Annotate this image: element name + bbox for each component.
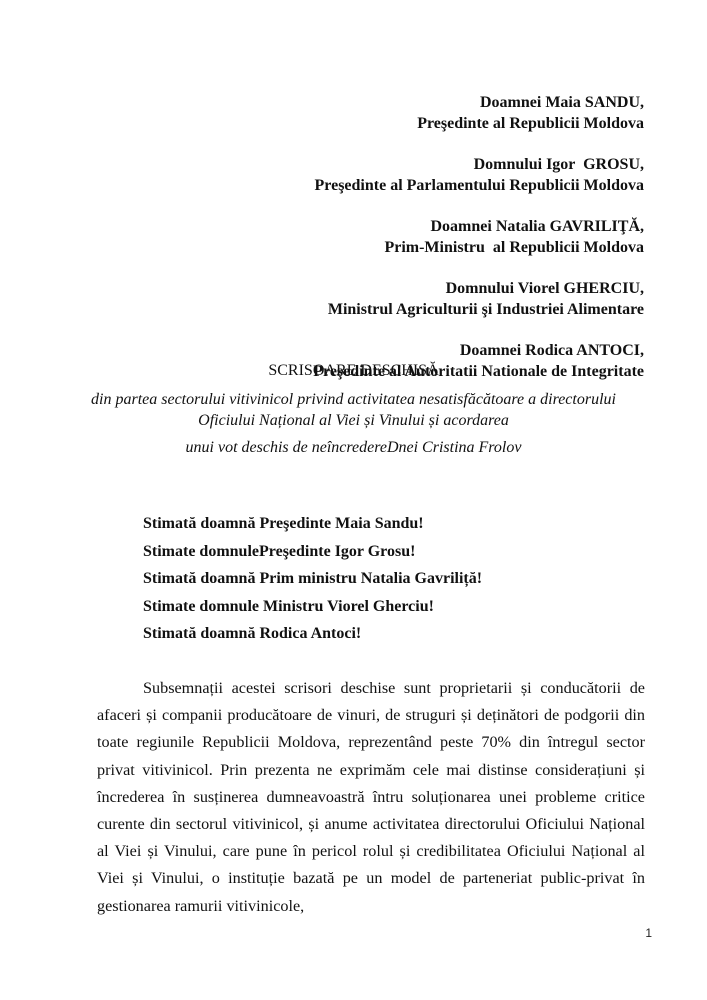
addressee-name: Domnului Igor GROSU, (313, 154, 644, 175)
page-number: 1 (645, 926, 652, 940)
addressee-title: Prim-Ministru al Republicii Moldova (313, 237, 644, 258)
addressee-minister: Domnului Viorel GHERCIU, Ministrul Agric… (313, 278, 644, 320)
addressee-name: Domnului Viorel GHERCIU, (313, 278, 644, 299)
document-subtitle: din partea sectorului vitivinicol privin… (0, 389, 707, 458)
salutation: Stimată doamnă Preşedinte Maia Sandu! (143, 510, 482, 538)
document-page: Doamnei Maia SANDU, Preşedinte al Republ… (0, 0, 707, 1000)
addressee-title: Preşedinte al Parlamentului Republicii M… (313, 175, 644, 196)
document-title: SCRISOARE DESCHISĂ (0, 362, 707, 380)
salutation: Stimată doamnă Prim ministru Natalia Gav… (143, 565, 482, 593)
subtitle-line: Oficiului Național al Viei și Vinului și… (0, 410, 707, 431)
salutation: Stimate domnule Ministru Viorel Gherciu! (143, 593, 482, 621)
letter-body: Subsemnații acestei scrisori deschise su… (97, 675, 645, 920)
body-paragraph: Subsemnații acestei scrisori deschise su… (97, 675, 645, 920)
salutation: Stimate domnulePreşedinte Igor Grosu! (143, 538, 482, 566)
addressee-president: Doamnei Maia SANDU, Preşedinte al Republ… (313, 92, 644, 134)
subtitle-line: unui vot deschis de neîncredereDnei Cris… (0, 437, 707, 458)
addressee-name: Doamnei Maia SANDU, (313, 92, 644, 113)
salutation: Stimată doamnă Rodica Antoci! (143, 620, 482, 648)
addressee-parliament-president: Domnului Igor GROSU, Preşedinte al Parla… (313, 154, 644, 196)
salutations-block: Stimată doamnă Preşedinte Maia Sandu! St… (143, 510, 482, 648)
addressee-title: Preşedinte al Republicii Moldova (313, 113, 644, 134)
addressee-name: Doamnei Rodica ANTOCI, (313, 340, 644, 361)
addressee-name: Doamnei Natalia GAVRILIŢĂ, (313, 216, 644, 237)
addressee-prime-minister: Doamnei Natalia GAVRILIŢĂ, Prim-Ministru… (313, 216, 644, 258)
addressee-block: Doamnei Maia SANDU, Preşedinte al Republ… (313, 92, 644, 402)
addressee-title: Ministrul Agriculturii şi Industriei Ali… (313, 299, 644, 320)
subtitle-line: din partea sectorului vitivinicol privin… (0, 389, 707, 410)
